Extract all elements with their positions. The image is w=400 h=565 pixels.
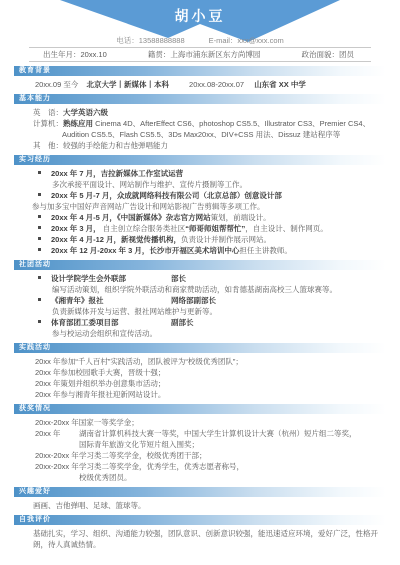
skill-english-row: 英 语：大学英语六级 — [0, 107, 400, 118]
internship-item-title: 20xx 年 7 月，吉拉新媒体工作室试运营 — [51, 169, 183, 178]
square-bullet-icon — [38, 226, 41, 229]
skill-computer-label: 计算机： — [33, 119, 63, 128]
email-field: E-mail：xxx@xxx.com — [209, 35, 284, 46]
internship-item-title: 20xx 年 4 月-5 月，《中国新媒体》杂志官方网站 — [51, 213, 211, 222]
club-item: 设计学院学生会外联部部长 — [0, 273, 400, 284]
internship-item-desc: 参与加多宝中国好声音网站广告设计和网站影视广告剪辑等多项工作。 — [0, 201, 400, 212]
section-title-bar-skills: 基本能力 — [14, 94, 386, 104]
internship-item-title: 20xx 年 12 月-20xx 年 3 月，长沙市开福区美术培训中心 — [51, 246, 239, 255]
square-bullet-icon — [38, 248, 41, 251]
club-desc: 编写活动策划，组织学院外联活动和商家赞助活动，如肯德基湖南高校三人篮球赛等。 — [0, 284, 400, 295]
award-text: 湖南省计算机科技大赛一等奖，中国大学生计算机设计大赛（杭州）短片组二等奖， — [79, 428, 357, 439]
phone-field: 电话：13588888888 — [116, 35, 184, 46]
club-desc: 参与校运动会组织和宣传活动。 — [0, 328, 400, 339]
club-desc: 负责新媒体开发与运营、报社网站维护与更新等。 — [0, 306, 400, 317]
internship-item: 20xx 年 12 月-20xx 年 3 月，长沙市开福区美术培训中心担任主讲教… — [0, 245, 400, 256]
internship-item-title: 20xx 年 4 月-12 月，新视觉传播机构， — [51, 235, 181, 244]
skill-computer-line2: Audition CS5.5、Flash CS5.5、3Ds Max20xx、D… — [0, 129, 400, 140]
section-title-bar-internship: 实习经历 — [14, 155, 386, 165]
section-education: 教育背景 20xx.09 至今 北京大学丨新媒体丨本科 20xx.08-20xx… — [0, 66, 400, 90]
internship-item-rest: 策划，前端设计。 — [211, 213, 271, 222]
skill-other-row: 其 他：较强的手绘能力和吉他弹唱能力 — [0, 140, 400, 151]
section-title-bar-clubs: 社团活动 — [14, 260, 386, 270]
square-bullet-icon — [38, 193, 41, 196]
internship-item-desc: 多次承接平面设计、网站制作与维护、宣传片摄制等工作。 — [0, 179, 400, 190]
square-bullet-icon — [38, 215, 41, 218]
practice-line: 20xx 年参加“千人百村”实践活动，团队被评为“校级优秀团队”； — [0, 356, 400, 367]
education-school-2: 山东省 XX 中学 — [254, 80, 306, 89]
divider-info-bottom — [29, 61, 371, 62]
award-year: 20xx-20xx 年 — [35, 450, 79, 461]
birth-value: 20xx.10 — [81, 50, 107, 59]
section-title-bar-practice: 实践活动 — [14, 343, 386, 353]
square-bullet-icon — [38, 298, 41, 301]
club-role: 网络部副部长 — [171, 296, 216, 305]
education-school-1: 北京大学丨新媒体丨本科 — [86, 80, 169, 89]
contact-row: 电话：13588888888 E-mail：xxx@xxx.com — [0, 35, 400, 46]
origin-field: 籍贯：上海市浦东新区东方尚博园 — [148, 49, 261, 60]
politics-field: 政治面貌：团员 — [302, 49, 355, 60]
square-bullet-icon — [38, 276, 41, 279]
email-value: xxx@xxx.com — [237, 36, 283, 45]
club-org: 体育部团工委项目部 — [51, 317, 171, 328]
phone-label: 电话： — [116, 36, 139, 45]
award-text-cont: 国际青年旅游文化节短片组入围奖； — [0, 439, 400, 450]
birth-field: 出生年月：20xx.10 — [43, 49, 107, 60]
skill-computer-bold: 熟练应用 — [63, 119, 95, 128]
skill-computer-line1: Cinema 4D、AfterEffect CS6、photoshop CS5.… — [95, 119, 370, 128]
section-skills: 基本能力 英 语：大学英语六级 计算机：熟练应用 Cinema 4D、After… — [0, 94, 400, 151]
award-row: 20xx-20xx 年学习类二等奖学金，优秀学生，优秀志愿者称号， — [0, 461, 400, 472]
internship-item-title: 20xx 年 3 月， — [51, 224, 103, 233]
skill-english-label: 英 语： — [33, 108, 63, 117]
section-title-bar-self-evaluation: 自我评价 — [14, 515, 386, 525]
section-title-bar-awards: 获奖情况 — [14, 404, 386, 414]
award-text: 学习类二等奖学金，校级优秀团干部； — [79, 450, 207, 461]
internship-item-bold2: “师哥师姐帮帮忙” — [185, 224, 245, 233]
internship-item: 20xx 年 4 月-5 月，《中国新媒体》杂志官方网站策划，前端设计。 — [0, 212, 400, 223]
skill-other-value: 较强的手绘能力和吉他弹唱能力 — [63, 141, 168, 150]
award-text: 学习类二等奖学金，优秀学生，优秀志愿者称号， — [79, 461, 244, 472]
award-year: 20xx-20xx 年 — [35, 461, 79, 472]
education-period-2: 20xx.08-20xx.07 — [189, 80, 244, 89]
birth-label: 出生年月： — [43, 50, 81, 59]
practice-line: 20xx 年策划并组织举办创意集市活动； — [0, 378, 400, 389]
section-title-bar-education: 教育背景 — [14, 66, 386, 76]
internship-item: 20xx 年 7 月，吉拉新媒体工作室试运营 — [0, 168, 400, 179]
header-banner: 胡小豆 电话：13588888888 E-mail：xxx@xxx.com — [0, 0, 400, 47]
education-row: 20xx.09 至今 北京大学丨新媒体丨本科 20xx.08-20xx.07 山… — [0, 79, 400, 90]
phone-value: 13588888888 — [139, 36, 185, 45]
internship-item-rest: 负责设计并制作展示网站。 — [181, 235, 271, 244]
club-org: 设计学院学生会外联部 — [51, 273, 171, 284]
internship-item-rest: 担任主讲教师。 — [239, 246, 292, 255]
resume-page: 胡小豆 电话：13588888888 E-mail：xxx@xxx.com 出生… — [0, 0, 400, 565]
section-clubs: 社团活动 设计学院学生会外联部部长 编写活动策划，组织学院外联活动和商家赞助活动… — [0, 260, 400, 339]
square-bullet-icon — [38, 320, 41, 323]
skill-english-value: 大学英语六级 — [63, 108, 108, 117]
personal-info-row: 出生年月：20xx.10 籍贯：上海市浦东新区东方尚博园 政治面貌：团员 — [0, 48, 400, 61]
practice-line: 20xx 年参加校园歌手大赛，晋级十强； — [0, 367, 400, 378]
internship-item-rest: ，自主设计、制作网页。 — [245, 224, 328, 233]
email-label: E-mail： — [209, 36, 238, 45]
award-year: 20xx 年 — [35, 428, 79, 439]
club-org: 《湘青年》报社 — [51, 295, 171, 306]
hobbies-text: 画画、吉他弹唱、足球、篮球等。 — [0, 500, 400, 511]
award-row: 20xx-20xx 年学习类二等奖学金，校级优秀团干部； — [0, 450, 400, 461]
internship-item-mid: 自主创立综合服务类社区 — [103, 224, 186, 233]
section-awards: 获奖情况 20xx-20xx 年国家一等奖学金； 20xx 年湖南省计算机科技大… — [0, 404, 400, 483]
internship-item: 20xx 年 4 月-12 月，新视觉传播机构，负责设计并制作展示网站。 — [0, 234, 400, 245]
award-text-cont: 校级优秀团员。 — [0, 472, 400, 483]
candidate-name: 胡小豆 — [0, 6, 400, 26]
skill-other-label: 其 他： — [33, 141, 63, 150]
internship-item: 20xx 年 3 月， 自主创立综合服务类社区“师哥师姐帮帮忙”，自主设计、制作… — [0, 223, 400, 234]
award-line: 20xx-20xx 年国家一等奖学金； — [0, 417, 400, 428]
internship-item: 20xx 年 5 月-7 月，众成就网络科技有限公司（北京总部）创意设计部 — [0, 190, 400, 201]
club-item: 体育部团工委项目部副部长 — [0, 317, 400, 328]
section-hobbies: 兴趣爱好 画画、吉他弹唱、足球、篮球等。 — [0, 487, 400, 511]
square-bullet-icon — [38, 237, 41, 240]
section-title-bar-hobbies: 兴趣爱好 — [14, 487, 386, 497]
club-item: 《湘青年》报社网络部副部长 — [0, 295, 400, 306]
square-bullet-icon — [38, 171, 41, 174]
self-evaluation-text: 基础扎实，学习、组织、沟通能力较强，团队意识、创新意识较强，能迅速适应环境，爱好… — [0, 528, 400, 550]
section-internship: 实习经历 20xx 年 7 月，吉拉新媒体工作室试运营 多次承接平面设计、网站制… — [0, 155, 400, 256]
section-self-evaluation: 自我评价 基础扎实，学习、组织、沟通能力较强，团队意识、创新意识较强，能迅速适应… — [0, 515, 400, 550]
club-role: 部长 — [171, 274, 186, 283]
education-period-1: 20xx.09 至今 — [35, 80, 78, 89]
politics-label: 政治面貌： — [302, 50, 340, 59]
section-practice: 实践活动 20xx 年参加“千人百村”实践活动，团队被评为“校级优秀团队”； 2… — [0, 343, 400, 400]
politics-value: 团员 — [339, 50, 354, 59]
practice-line: 20xx 年参与湘青年报社迎新网站设计。 — [0, 389, 400, 400]
skill-computer-row: 计算机：熟练应用 Cinema 4D、AfterEffect CS6、photo… — [0, 118, 400, 129]
internship-item-title: 20xx 年 5 月-7 月，众成就网络科技有限公司（北京总部）创意设计部 — [51, 191, 282, 200]
origin-value: 上海市浦东新区东方尚博园 — [170, 50, 260, 59]
club-role: 副部长 — [171, 318, 194, 327]
origin-label: 籍贯： — [148, 50, 171, 59]
award-row: 20xx 年湖南省计算机科技大赛一等奖，中国大学生计算机设计大赛（杭州）短片组二… — [0, 428, 400, 439]
